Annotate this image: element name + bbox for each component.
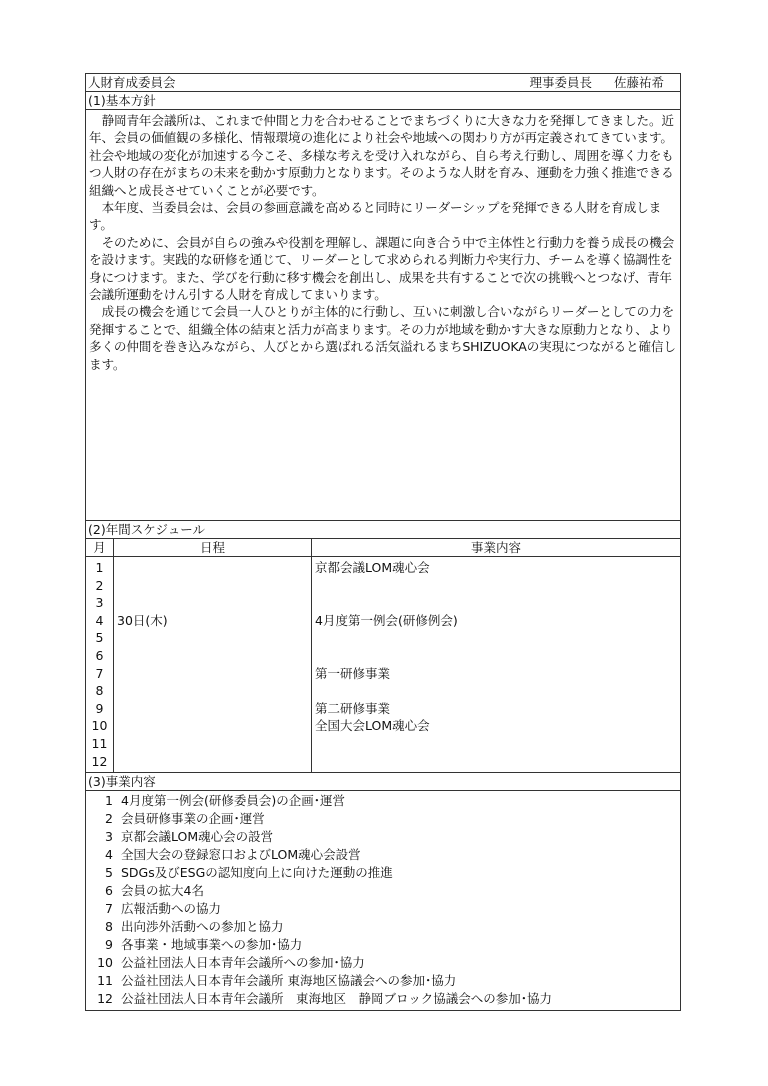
chair-name: 佐藤祐希: [614, 74, 664, 91]
schedule-month: 8: [86, 682, 113, 700]
schedule-col-month: 月: [86, 539, 114, 557]
item-text: 公益社団法人日本青年会議所 東海地区 静岡ブロック協議会への参加･協力: [121, 990, 552, 1008]
schedule-content: 全国大会LOM魂心会: [312, 717, 680, 735]
list-item: 4全国大会の登録窓口およびLOM魂心会設営: [86, 846, 680, 864]
list-item: 8出向渉外活動への参加と協力: [86, 918, 680, 936]
policy-paragraph: 静岡青年会議所は、これまで仲間と力を合わせることでまちづくりに大きな力を発揮して…: [89, 112, 677, 199]
schedule-date: [114, 577, 311, 595]
list-item: 10公益社団法人日本青年会議所への参加･協力: [86, 954, 680, 972]
list-item: 5SDGs及びESGの認知度向上に向けた運動の推進: [86, 864, 680, 882]
item-number: 9: [86, 936, 121, 954]
list-item: 6会員の拡大4名: [86, 882, 680, 900]
item-text: 公益社団法人日本青年会議所 東海地区協議会への参加･協力: [121, 972, 456, 990]
title-row: 人財育成委員会 理事委員長 佐藤祐希: [86, 74, 680, 92]
schedule-content: [312, 735, 680, 753]
schedule-month: 10: [86, 717, 113, 735]
chair-role: 理事委員長: [529, 74, 592, 91]
schedule-month: 2: [86, 577, 113, 595]
schedule-content: [312, 682, 680, 700]
item-number: 7: [86, 900, 121, 918]
schedule-content: [312, 594, 680, 612]
schedule-date: [114, 700, 311, 718]
item-text: 4月度第一例会(研修委員会)の企画･運営: [121, 792, 345, 810]
item-number: 1: [86, 792, 121, 810]
schedule-month: 6: [86, 647, 113, 665]
policy-paragraph: 成長の機会を通じて会員一人ひとりが主体的に行動し、互いに刺激し合いながらリーダー…: [89, 303, 677, 373]
item-text: 全国大会の登録窓口およびLOM魂心会設営: [121, 846, 361, 864]
schedule-date: [114, 735, 311, 753]
item-text: 各事業・地域事業への参加･協力: [121, 936, 302, 954]
business-heading-label: (3)事業内容: [88, 773, 156, 790]
item-number: 10: [86, 954, 121, 972]
schedule-date: [114, 717, 311, 735]
list-item: 11公益社団法人日本青年会議所 東海地区協議会への参加･協力: [86, 972, 680, 990]
schedule-content: [312, 629, 680, 647]
policy-body: 静岡青年会議所は、これまで仲間と力を合わせることでまちづくりに大きな力を発揮して…: [86, 110, 680, 521]
schedule-month: 4: [86, 612, 113, 630]
business-heading: (3)事業内容: [86, 773, 680, 791]
schedule-col-date: 日程: [114, 539, 312, 557]
item-number: 6: [86, 882, 121, 900]
schedule-month: 12: [86, 753, 113, 771]
item-number: 8: [86, 918, 121, 936]
policy-paragraph: 本年度、当委員会は、会員の参画意識を高めると同時にリーダーシップを発揮できる人財…: [89, 199, 677, 234]
list-item: 9各事業・地域事業への参加･協力: [86, 936, 680, 954]
item-text: 会員研修事業の企画･運営: [121, 810, 265, 828]
list-item: 2会員研修事業の企画･運営: [86, 810, 680, 828]
item-number: 5: [86, 864, 121, 882]
schedule-content: [312, 577, 680, 595]
business-list: 14月度第一例会(研修委員会)の企画･運営 2会員研修事業の企画･運営 3京都会…: [86, 791, 680, 1010]
schedule-date: 30日(木): [114, 612, 311, 630]
policy-paragraph: そのために、会員が自らの強みや役割を理解し、課題に向き合う中で主体性と行動力を養…: [89, 234, 677, 304]
item-number: 11: [86, 972, 121, 990]
schedule-date: [114, 629, 311, 647]
schedule-date: [114, 559, 311, 577]
item-text: 会員の拡大4名: [121, 882, 204, 900]
policy-heading-label: (1)基本方針: [88, 92, 156, 109]
item-text: 広報活動への協力: [121, 900, 221, 918]
schedule-content-column: 京都会議LOM魂心会 4月度第一例会(研修例会) 第一研修事業 第二研修事業 全…: [312, 557, 680, 772]
schedule-date: [114, 682, 311, 700]
item-number: 12: [86, 990, 121, 1008]
schedule-content: 第一研修事業: [312, 665, 680, 683]
item-number: 4: [86, 846, 121, 864]
schedule-heading: (2)年間スケジュール: [86, 521, 680, 539]
schedule-content: [312, 753, 680, 771]
schedule-date: [114, 665, 311, 683]
schedule-month: 1: [86, 559, 113, 577]
item-text: 公益社団法人日本青年会議所への参加･協力: [121, 954, 365, 972]
schedule-month: 9: [86, 700, 113, 718]
list-item: 12公益社団法人日本青年会議所 東海地区 静岡ブロック協議会への参加･協力: [86, 990, 680, 1008]
item-number: 2: [86, 810, 121, 828]
chair-info: 理事委員長 佐藤祐希: [529, 74, 678, 91]
schedule-date: [114, 753, 311, 771]
list-item: 14月度第一例会(研修委員会)の企画･運営: [86, 792, 680, 810]
list-item: 3京都会議LOM魂心会の設営: [86, 828, 680, 846]
committee-name: 人財育成委員会: [88, 74, 176, 91]
schedule-col-content: 事業内容: [312, 539, 680, 557]
schedule-month: 11: [86, 735, 113, 753]
schedule-table: 月 日程 事業内容 1 2 3 4 5 6 7 8 9 10 11 12 30日…: [86, 539, 680, 773]
schedule-date: [114, 594, 311, 612]
schedule-content: 4月度第一例会(研修例会): [312, 612, 680, 630]
schedule-heading-label: (2)年間スケジュール: [88, 521, 205, 538]
schedule-month: 3: [86, 594, 113, 612]
schedule-content: 京都会議LOM魂心会: [312, 559, 680, 577]
item-number: 3: [86, 828, 121, 846]
schedule-date-column: 30日(木): [114, 557, 312, 772]
plan-document: 人財育成委員会 理事委員長 佐藤祐希 (1)基本方針 静岡青年会議所は、これまで…: [85, 73, 681, 1011]
policy-heading: (1)基本方針: [86, 92, 680, 110]
item-text: SDGs及びESGの認知度向上に向けた運動の推進: [121, 864, 393, 882]
schedule-content: [312, 647, 680, 665]
schedule-date: [114, 647, 311, 665]
item-text: 出向渉外活動への参加と協力: [121, 918, 284, 936]
schedule-month-column: 1 2 3 4 5 6 7 8 9 10 11 12: [86, 557, 114, 772]
schedule-content: 第二研修事業: [312, 700, 680, 718]
schedule-month: 7: [86, 665, 113, 683]
list-item: 7広報活動への協力: [86, 900, 680, 918]
schedule-month: 5: [86, 629, 113, 647]
item-text: 京都会議LOM魂心会の設営: [121, 828, 273, 846]
